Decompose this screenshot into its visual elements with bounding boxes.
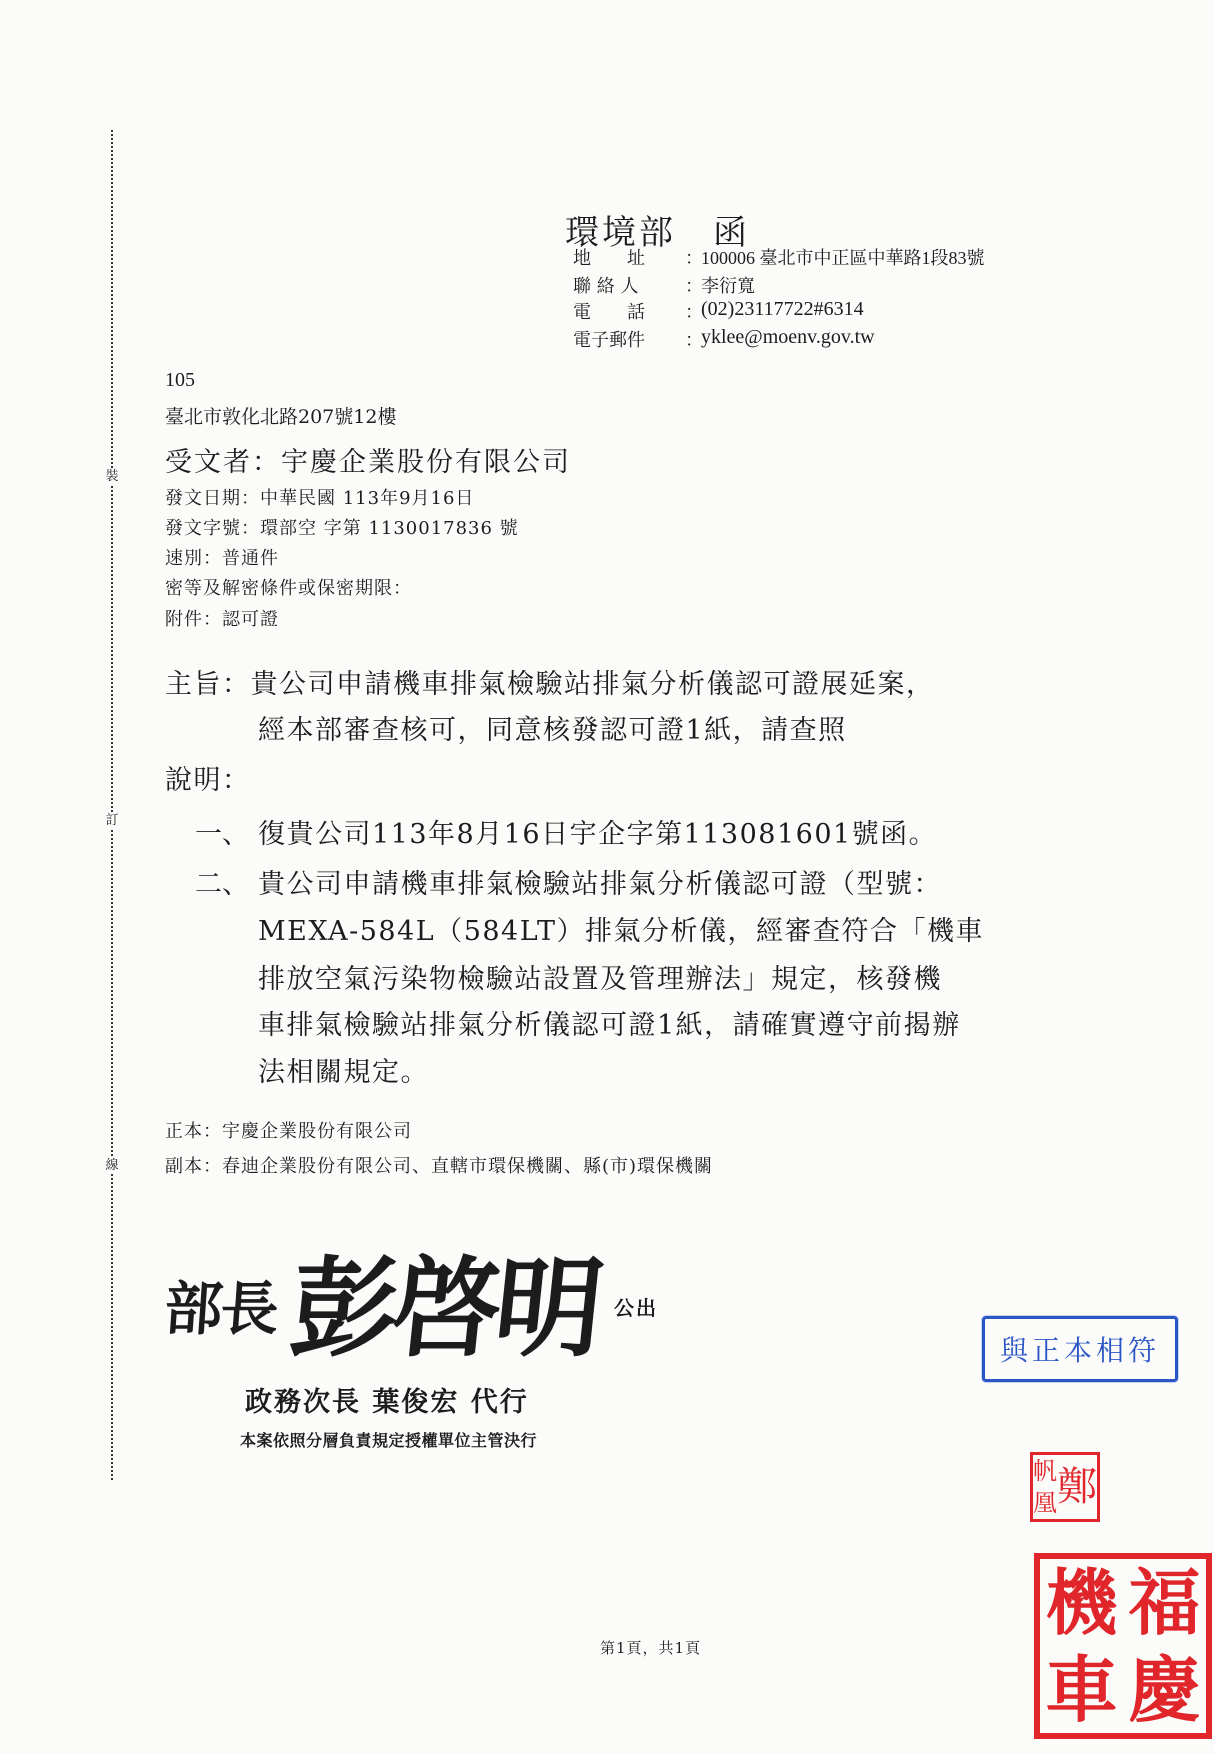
contact-label: 地 址: [573, 244, 685, 270]
subject-line-2: 經本部審查核可，同意核發認可證1紙，請查照: [258, 708, 847, 747]
meta-label: 速別：: [165, 548, 222, 569]
meta-label: 發文字號：: [165, 518, 260, 539]
certified-copy-text: 與正本相符: [1000, 1329, 1160, 1369]
meta-value: 認可證: [222, 609, 279, 630]
copy-recipients: 副本：春迪企業股份有限公司、直轄市環保機關、縣(市)環保機關: [165, 1152, 713, 1178]
item-marker: 二、: [195, 862, 249, 901]
addressee-label: 受文者：: [165, 447, 281, 478]
contact-value: (02)23117722#6314: [701, 298, 864, 324]
seal-char: 凰: [1033, 1491, 1057, 1515]
contact-email: 電子郵件 ： yklee@moenv.gov.tw: [573, 326, 875, 352]
company-seal: 福 慶 機 車: [1034, 1553, 1212, 1739]
original-recipient: 正本：宇慶企業股份有限公司: [165, 1117, 412, 1143]
contact-label: 電子郵件: [573, 326, 685, 352]
item-2-line-4: 車排氣檢驗站排氣分析儀認可證1紙，請確實遵守前揭辦: [258, 1003, 961, 1042]
meta-attachment: 附件：認可證: [165, 605, 279, 631]
meta-classification: 密等及解密條件或保密期限：: [165, 574, 412, 600]
seal-char: 鄭: [1057, 1467, 1097, 1507]
contact-phone: 電 話 ： (02)23117722#6314: [573, 298, 864, 324]
item-2-line-3: 排放空氣污染物檢驗站設置及管理辦法」規定，核發機: [258, 957, 942, 996]
delegation-note: 本案依照分層負責規定授權單位主管決行: [240, 1428, 537, 1451]
copy-label: 副本：: [165, 1156, 222, 1177]
meta-urgency: 速別：普通件: [165, 544, 279, 570]
contact-value: 100006 臺北市中正區中華路1段83號: [701, 244, 985, 270]
binding-mark-zhuang: 裝: [100, 469, 124, 485]
original-label: 正本：: [165, 1121, 222, 1142]
contact-person: 聯 絡 人 ： 李衍寬: [573, 272, 755, 298]
contact-label: 電 話: [573, 298, 685, 324]
binding-mark-ding: 訂: [100, 813, 124, 829]
meta-value: 普通件: [222, 548, 279, 569]
recipient-zip: 105: [165, 369, 195, 392]
signature-name: 彭啓明: [284, 1222, 606, 1377]
deputy-line: 政務次長 葉俊宏 代行: [245, 1380, 529, 1419]
seal-char: 機: [1040, 1567, 1123, 1639]
colon: ：: [685, 326, 701, 352]
meta-issue-date: 發文日期：中華民國 113年9月16日: [165, 484, 474, 510]
seal-char: 福: [1123, 1567, 1206, 1639]
item-marker: 一、: [195, 812, 249, 851]
seal-char: 車: [1040, 1654, 1123, 1726]
signature-title: 部長: [162, 1262, 280, 1346]
meta-doc-number: 發文字號：環部空 字第 1130017836 號: [165, 514, 519, 540]
meta-value: 環部空 字第 1130017836 號: [260, 518, 519, 539]
page-number: 第1頁，共1頁: [600, 1637, 701, 1658]
colon: ：: [685, 272, 701, 298]
addressee: 受文者：宇慶企業股份有限公司: [165, 440, 571, 479]
addressee-name: 宇慶企業股份有限公司: [281, 447, 571, 478]
item-1-line-1: 復貴公司113年8月16日宇企字第113081601號函。: [258, 812, 937, 851]
meta-label: 發文日期：: [165, 488, 260, 509]
copy-value: 春迪企業股份有限公司、直轄市環保機關、縣(市)環保機關: [222, 1156, 713, 1177]
signature-status: 公出: [614, 1292, 658, 1321]
item-2-line-2: MEXA-584L（584LT）排氣分析儀，經審查符合「機車: [258, 909, 984, 948]
subject-label: 主旨：: [165, 669, 251, 700]
seal-char: 慶: [1123, 1654, 1206, 1726]
binding-dotted-line: [111, 130, 113, 1480]
certified-copy-stamp: 與正本相符: [982, 1316, 1178, 1382]
meta-label: 密等及解密條件或保密期限：: [165, 578, 412, 599]
binding-mark-xian: 線: [100, 1158, 124, 1174]
colon: ：: [685, 298, 701, 324]
contact-address: 地 址 ： 100006 臺北市中正區中華路1段83號: [573, 244, 985, 270]
recipient-address: 臺北市敦化北路207號12樓: [165, 402, 396, 429]
subject-text: 貴公司申請機車排氣檢驗站排氣分析儀認可證展延案，: [251, 669, 935, 700]
contact-value: yklee@moenv.gov.tw: [701, 326, 875, 352]
contact-value: 李衍寬: [701, 272, 755, 298]
colon: ：: [685, 244, 701, 270]
contact-label: 聯 絡 人: [573, 272, 685, 298]
meta-label: 附件：: [165, 609, 222, 630]
subject-line-1: 主旨：貴公司申請機車排氣檢驗站排氣分析儀認可證展延案，: [165, 662, 935, 701]
explanation-label: 說明：: [165, 758, 251, 797]
seal-char: 帆: [1033, 1459, 1057, 1483]
meta-value: 中華民國 113年9月16日: [260, 488, 474, 509]
item-2-line-1: 貴公司申請機車排氣檢驗站排氣分析儀認可證（型號：: [258, 862, 942, 901]
personal-seal: 鄭 帆 凰: [1030, 1452, 1100, 1522]
original-value: 宇慶企業股份有限公司: [222, 1121, 412, 1142]
item-2-line-5: 法相關規定。: [258, 1050, 429, 1089]
